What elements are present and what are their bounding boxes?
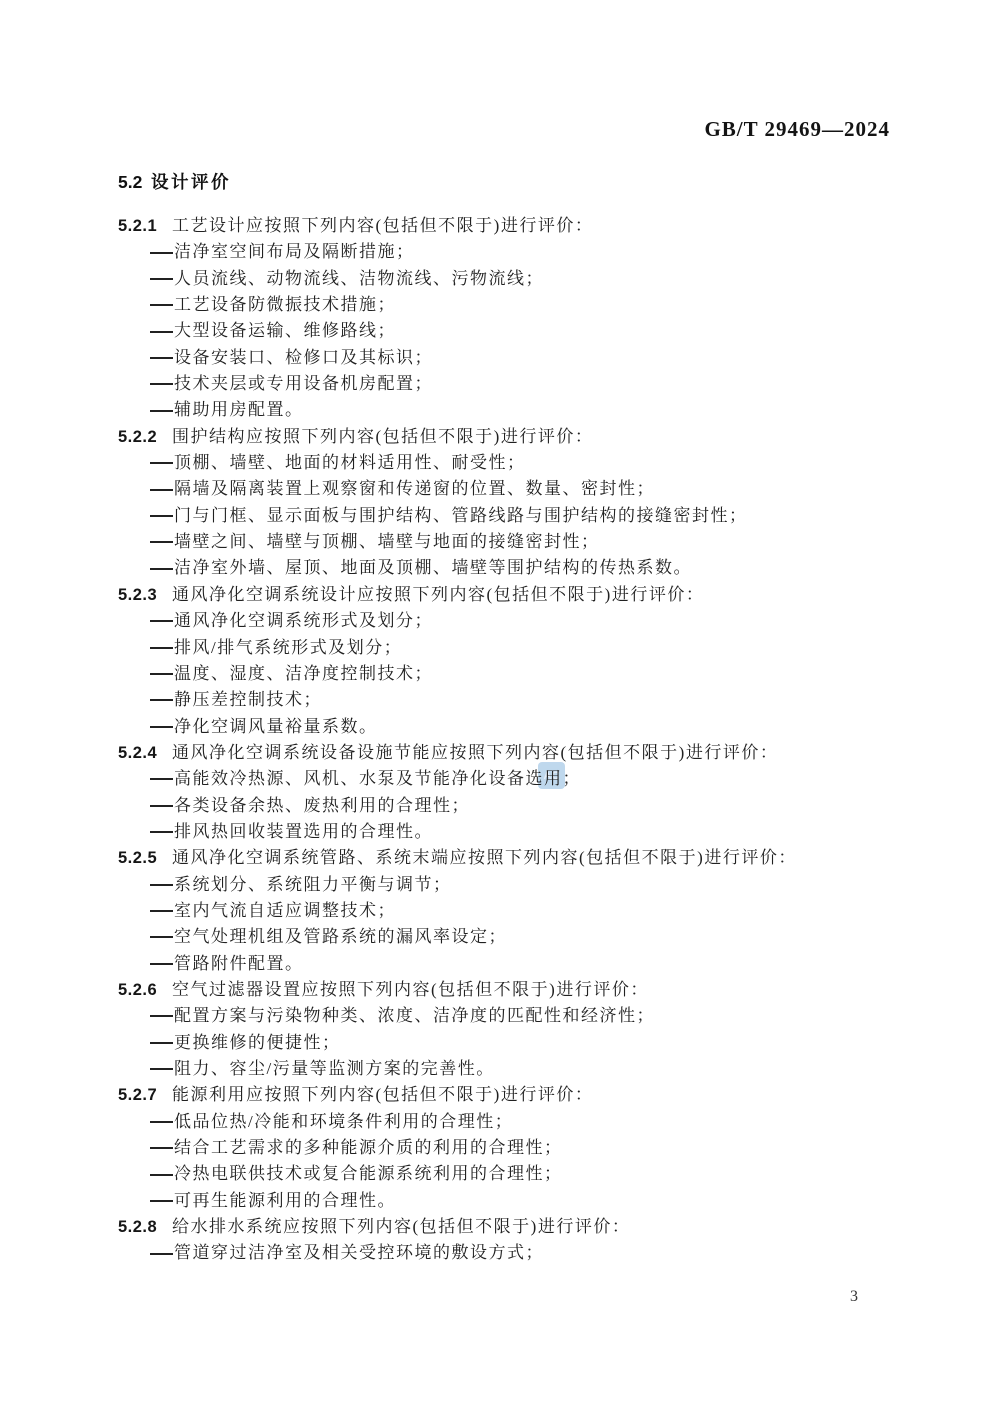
clause-heading: 5.2.3 通风净化空调系统设计应按照下列内容(包括但不限于)进行评价： [118,582,888,608]
list-item-text: 洁净室空间布局及隔断措施； [174,239,415,265]
list-item-text: 阻力、容尘/污量等监测方案的完善性。 [174,1056,495,1082]
list-item: 技术夹层或专用设备机房配置； [118,371,888,397]
dash-icon [150,726,173,728]
clause-heading: 5.2.7 能源利用应按照下列内容(包括但不限于)进行评价： [118,1082,888,1108]
list-item: 辅助用房配置。 [118,397,888,423]
list-item: 管路附件配置。 [118,951,888,977]
list-item: 墙壁之间、墙壁与顶棚、墙壁与地面的接缝密封性； [118,529,888,555]
list-item: 工艺设备防微振技术措施； [118,292,888,318]
page-number: 3 [850,1288,858,1306]
list-item-text: 排风/排气系统形式及划分； [174,635,402,661]
dash-icon [150,410,173,412]
dash-icon [150,357,173,359]
clause-number: 5.2.5 [118,845,172,871]
list-item: 人员流线、动物流线、洁物流线、污物流线； [118,266,888,292]
dash-icon [150,1121,173,1123]
dash-icon [150,910,173,912]
list-item-text: 工艺设备防微振技术措施； [174,292,396,318]
list-item-text: 顶棚、墙壁、地面的材料适用性、耐受性； [174,450,526,476]
clause: 5.2.5 通风净化空调系统管路、系统末端应按照下列内容(包括但不限于)进行评价… [118,845,888,977]
dash-icon [150,831,173,833]
dash-icon [150,1015,173,1017]
list-item-text: 温度、湿度、洁净度控制技术； [174,661,433,687]
clause: 5.2.8 给水排水系统应按照下列内容(包括但不限于)进行评价： 管道穿过洁净室… [118,1214,888,1267]
list-item-text: 可再生能源利用的合理性。 [174,1188,396,1214]
dash-icon [150,884,173,886]
clause-list: 5.2.1 工艺设计应按照下列内容(包括但不限于)进行评价： 洁净室空间布局及隔… [118,213,888,1267]
list-item: 通风净化空调系统形式及划分； [118,608,888,634]
dash-icon [150,515,173,517]
clause-text: 通风净化空调系统设备设施节能应按照下列内容(包括但不限于)进行评价： [172,740,778,766]
dash-icon [150,331,173,333]
list-item: 顶棚、墙壁、地面的材料适用性、耐受性； [118,450,888,476]
list-item-text: 管道穿过洁净室及相关受控环境的敷设方式； [174,1240,544,1266]
section-heading: 5.2 设计评价 [118,171,888,194]
clause-number: 5.2.1 [118,213,172,239]
list-item: 结合工艺需求的多种能源介质的利用的合理性； [118,1135,888,1161]
list-item-text: 技术夹层或专用设备机房配置； [174,371,433,397]
list-item: 低品位热/冷能和环境条件利用的合理性； [118,1109,888,1135]
list-item-text: 低品位热/冷能和环境条件利用的合理性； [174,1109,513,1135]
clause: 5.2.7 能源利用应按照下列内容(包括但不限于)进行评价： 低品位热/冷能和环… [118,1082,888,1214]
clause-items: 洁净室空间布局及隔断措施； 人员流线、动物流线、洁物流线、污物流线； 工艺设备防… [118,239,888,423]
clause: 5.2.3 通风净化空调系统设计应按照下列内容(包括但不限于)进行评价： 通风净… [118,582,888,740]
list-item: 门与门框、显示面板与围护结构、管路线路与围护结构的接缝密封性； [118,503,888,529]
dash-icon [150,304,173,306]
list-item-text: 配置方案与污染物种类、浓度、洁净度的匹配性和经济性； [174,1003,655,1029]
clause: 5.2.4 通风净化空调系统设备设施节能应按照下列内容(包括但不限于)进行评价：… [118,740,888,845]
list-item: 空气处理机组及管路系统的漏风率设定； [118,924,888,950]
clause: 5.2.6 空气过滤器设置应按照下列内容(包括但不限于)进行评价： 配置方案与污… [118,977,888,1082]
list-item-text: 各类设备余热、废热利用的合理性； [174,793,470,819]
list-item-text: 通风净化空调系统形式及划分； [174,608,433,634]
list-item-text: 辅助用房配置。 [174,397,304,423]
document-page: GB/T 29469—2024 AC 5.2 设计评价 5.2.1 工艺设计应按… [0,0,992,1403]
dash-icon [150,699,173,701]
list-item-text: 系统划分、系统阻力平衡与调节； [174,872,452,898]
dash-icon [150,1042,173,1044]
list-item-text: 隔墙及隔离装置上观察窗和传递窗的位置、数量、密封性； [174,476,655,502]
list-item: 系统划分、系统阻力平衡与调节； [118,872,888,898]
dash-icon [150,778,173,780]
dash-icon [150,541,173,543]
list-item: 净化空调风量裕量系数。 [118,714,888,740]
list-item-text: 大型设备运输、维修路线； [174,318,396,344]
list-item-text: 结合工艺需求的多种能源介质的利用的合理性； [174,1135,563,1161]
document-body: 5.2 设计评价 5.2.1 工艺设计应按照下列内容(包括但不限于)进行评价： … [118,171,888,1267]
list-item-text: 洁净室外墙、屋顶、地面及顶棚、墙壁等围护结构的传热系数。 [174,555,692,581]
clause-items: 系统划分、系统阻力平衡与调节； 室内气流自适应调整技术； 空气处理机组及管路系统… [118,872,888,977]
list-item-text: 设备安装口、检修口及其标识； [174,345,433,371]
list-item: 高能效冷热源、风机、水泵及节能净化设备选用； [118,766,888,792]
clause-heading: 5.2.6 空气过滤器设置应按照下列内容(包括但不限于)进行评价： [118,977,888,1003]
clause-text: 通风净化空调系统设计应按照下列内容(包括但不限于)进行评价： [172,582,704,608]
list-item-text: 高能效冷热源、风机、水泵及节能净化设备选用； [174,766,581,792]
dash-icon [150,620,173,622]
list-item: 大型设备运输、维修路线； [118,318,888,344]
list-item: 配置方案与污染物种类、浓度、洁净度的匹配性和经济性； [118,1003,888,1029]
dash-icon [150,278,173,280]
clause-number: 5.2.3 [118,582,172,608]
clause-heading: 5.2.4 通风净化空调系统设备设施节能应按照下列内容(包括但不限于)进行评价： [118,740,888,766]
list-item-text: 净化空调风量裕量系数。 [174,714,378,740]
list-item: 管道穿过洁净室及相关受控环境的敷设方式； [118,1240,888,1266]
clause-heading: 5.2.2 围护结构应按照下列内容(包括但不限于)进行评价： [118,424,888,450]
clause-number: 5.2.7 [118,1082,172,1108]
dash-icon [150,805,173,807]
section-number: 5.2 [118,171,151,194]
dash-icon [150,673,173,675]
clause-text: 能源利用应按照下列内容(包括但不限于)进行评价： [172,1082,593,1108]
clause-items: 低品位热/冷能和环境条件利用的合理性； 结合工艺需求的多种能源介质的利用的合理性… [118,1109,888,1214]
dash-icon [150,1253,173,1255]
clause-items: 高能效冷热源、风机、水泵及节能净化设备选用； 各类设备余热、废热利用的合理性； … [118,766,888,845]
clause-text: 空气过滤器设置应按照下列内容(包括但不限于)进行评价： [172,977,649,1003]
dash-icon [150,1147,173,1149]
clause-items: 顶棚、墙壁、地面的材料适用性、耐受性； 隔墙及隔离装置上观察窗和传递窗的位置、数… [118,450,888,582]
list-item-text: 空气处理机组及管路系统的漏风率设定； [174,924,507,950]
clause-items: 管道穿过洁净室及相关受控环境的敷设方式； [118,1240,888,1266]
clause-items: 配置方案与污染物种类、浓度、洁净度的匹配性和经济性； 更换维修的便捷性； 阻力、… [118,1003,888,1082]
list-item-text: 墙壁之间、墙壁与顶棚、墙壁与地面的接缝密封性； [174,529,600,555]
dash-icon [150,963,173,965]
list-item-text: 人员流线、动物流线、洁物流线、污物流线； [174,266,544,292]
list-item: 冷热电联供技术或复合能源系统利用的合理性； [118,1161,888,1187]
list-item: 各类设备余热、废热利用的合理性； [118,793,888,819]
dash-icon [150,252,173,254]
list-item: 静压差控制技术； [118,687,888,713]
clause-number: 5.2.2 [118,424,172,450]
dash-icon [150,1200,173,1202]
dash-icon [150,489,173,491]
list-item-text: 门与门框、显示面板与围护结构、管路线路与围护结构的接缝密封性； [174,503,748,529]
dash-icon [150,383,173,385]
list-item: 隔墙及隔离装置上观察窗和传递窗的位置、数量、密封性； [118,476,888,502]
list-item-text: 更换维修的便捷性； [174,1030,341,1056]
list-item: 温度、湿度、洁净度控制技术； [118,661,888,687]
list-item: 洁净室外墙、屋顶、地面及顶棚、墙壁等围护结构的传热系数。 [118,555,888,581]
list-item: 更换维修的便捷性； [118,1030,888,1056]
list-item: 可再生能源利用的合理性。 [118,1188,888,1214]
clause-heading: 5.2.1 工艺设计应按照下列内容(包括但不限于)进行评价： [118,213,888,239]
clause-number: 5.2.6 [118,977,172,1003]
clause-items: 通风净化空调系统形式及划分； 排风/排气系统形式及划分； 温度、湿度、洁净度控制… [118,608,888,740]
clause-text: 给水排水系统应按照下列内容(包括但不限于)进行评价： [172,1214,630,1240]
dash-icon [150,647,173,649]
list-item-text: 室内气流自适应调整技术； [174,898,396,924]
list-item-text: 排风热回收装置选用的合理性。 [174,819,433,845]
clause-number: 5.2.8 [118,1214,172,1240]
dash-icon [150,462,173,464]
list-item: 排风热回收装置选用的合理性。 [118,819,888,845]
list-item-text: 静压差控制技术； [174,687,322,713]
list-item: 排风/排气系统形式及划分； [118,635,888,661]
list-item-text: 冷热电联供技术或复合能源系统利用的合理性； [174,1161,563,1187]
list-item: 设备安装口、检修口及其标识； [118,345,888,371]
dash-icon [150,568,173,570]
list-item: 洁净室空间布局及隔断措施； [118,239,888,265]
clause: 5.2.2 围护结构应按照下列内容(包括但不限于)进行评价： 顶棚、墙壁、地面的… [118,424,888,582]
clause-text: 工艺设计应按照下列内容(包括但不限于)进行评价： [172,213,593,239]
list-item-text: 管路附件配置。 [174,951,304,977]
dash-icon [150,936,173,938]
clause-text: 围护结构应按照下列内容(包括但不限于)进行评价： [172,424,593,450]
clause-heading: 5.2.5 通风净化空调系统管路、系统末端应按照下列内容(包括但不限于)进行评价… [118,845,888,871]
list-item: 阻力、容尘/污量等监测方案的完善性。 [118,1056,888,1082]
dash-icon [150,1068,173,1070]
clause-text: 通风净化空调系统管路、系统末端应按照下列内容(包括但不限于)进行评价： [172,845,797,871]
clause-heading: 5.2.8 给水排水系统应按照下列内容(包括但不限于)进行评价： [118,1214,888,1240]
section-title: 设计评价 [151,171,231,194]
list-item: 室内气流自适应调整技术； [118,898,888,924]
standard-code-header: GB/T 29469—2024 [704,117,890,142]
clause: 5.2.1 工艺设计应按照下列内容(包括但不限于)进行评价： 洁净室空间布局及隔… [118,213,888,424]
dash-icon [150,1174,173,1176]
clause-number: 5.2.4 [118,740,172,766]
